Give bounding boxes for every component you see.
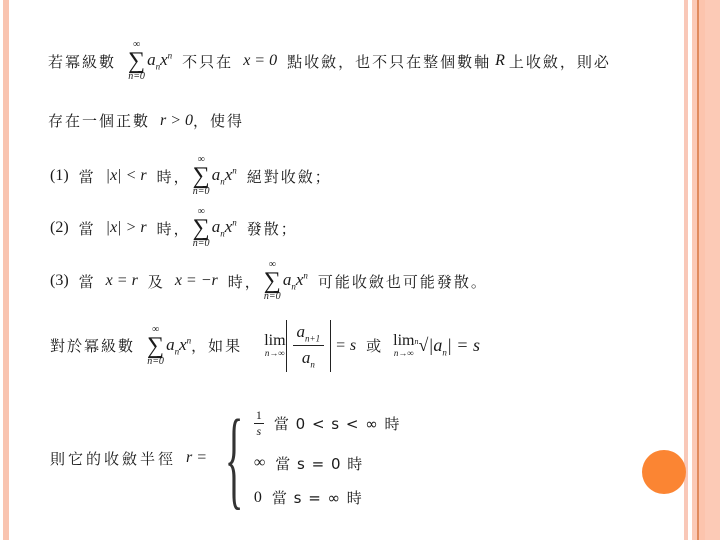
series-term: anxn	[212, 217, 237, 238]
fraction: an+1 an	[293, 322, 325, 370]
fraction: 1 s	[254, 408, 264, 439]
series-term: anxn	[147, 50, 172, 71]
case-row-2: ∞ 當 s = 0 時	[254, 453, 401, 474]
math-expr: r > 0	[160, 112, 193, 130]
series-term: anxn	[166, 335, 191, 356]
limit: lim n→∞	[393, 333, 414, 358]
text: 存在一個正數	[48, 110, 150, 131]
item-label: (1)	[50, 167, 69, 185]
condition-item-2: (2) 當 |x| > r 時， ∞ ∑ n=0 anxn 發散；	[50, 207, 298, 249]
text: 時，	[228, 271, 262, 292]
statement-line-1: 若冪級數 ∞ ∑ n=0 anxn 不只在 x = 0 點收斂，也不只在整個數軸…	[48, 40, 611, 82]
case-row-3: 0 當 s = ∞ 時	[254, 487, 401, 508]
math-expr: |x| > r	[106, 219, 147, 237]
nth-root: n√|an| = s	[415, 335, 480, 358]
item-label: (3)	[50, 272, 69, 290]
case-row-1: 1 s 當 0 < s < ∞ 時	[254, 408, 401, 439]
summation: ∞ ∑ n=0	[147, 325, 164, 367]
condition-item-1: (1) 當 |x| < r 時， ∞ ∑ n=0 anxn 絕對收斂；	[50, 155, 332, 197]
absolute-value: an+1 an	[286, 320, 332, 372]
stripe	[705, 0, 720, 540]
left-brace: {	[225, 408, 244, 508]
text: 當	[79, 166, 96, 187]
text: 可能收斂也可能發散。	[318, 271, 488, 292]
text: 當	[79, 218, 96, 239]
summation: ∞ ∑ n=0	[193, 207, 210, 249]
statement-line-2: 存在一個正數 r > 0 ，使得	[48, 110, 244, 131]
text: 點收斂，也不只在整個數軸	[287, 51, 491, 72]
orange-circle-decoration	[642, 450, 686, 494]
math-expr: r =	[186, 449, 207, 467]
series-term: anxn	[212, 165, 237, 186]
math-expr: x = r	[106, 272, 138, 290]
condition-item-3: (3) 當 x = r 及 x = −r 時， ∞ ∑ n=0 anxn 可能收…	[50, 260, 488, 302]
text: 上收斂，則必	[509, 51, 611, 72]
text: 發散；	[247, 218, 298, 239]
series-term: anxn	[283, 270, 308, 291]
text: 不只在	[182, 51, 233, 72]
math-expr: |x| < r	[106, 167, 147, 185]
text: 則它的收斂半徑	[50, 448, 176, 469]
math-expr: x = −r	[175, 272, 218, 290]
radius-definition: 則它的收斂半徑 r = { 1 s 當 0 < s < ∞ 時 ∞ 當 s = …	[50, 408, 400, 508]
text: ，如果	[191, 335, 242, 356]
text: 及	[148, 271, 165, 292]
math-expr: x = 0	[243, 52, 277, 70]
text: 對於冪級數	[50, 335, 135, 356]
summation: ∞ ∑ n=0	[264, 260, 281, 302]
summation: ∞ ∑ n=0	[193, 155, 210, 197]
math-expr: R	[495, 52, 505, 70]
math-expr: = s	[335, 337, 356, 355]
summation: ∞ ∑ n=0	[128, 40, 145, 82]
text: 或	[366, 335, 383, 356]
text: 當	[79, 271, 96, 292]
item-label: (2)	[50, 219, 69, 237]
text: 時，	[157, 166, 191, 187]
left-decorative-stripe	[3, 0, 9, 540]
text: 若冪級數	[48, 51, 116, 72]
piecewise-cases: { 1 s 當 0 < s < ∞ 時 ∞ 當 s = 0 時 0 當 s = …	[207, 408, 400, 508]
ratio-root-test-line: 對於冪級數 ∞ ∑ n=0 anxn ，如果 lim n→∞ an+1 an =…	[50, 320, 480, 372]
limit: lim n→∞	[264, 333, 285, 358]
text: 絕對收斂；	[247, 166, 332, 187]
right-decorative-stripes	[684, 0, 720, 540]
text: ，使得	[193, 110, 244, 131]
text: 時，	[157, 218, 191, 239]
